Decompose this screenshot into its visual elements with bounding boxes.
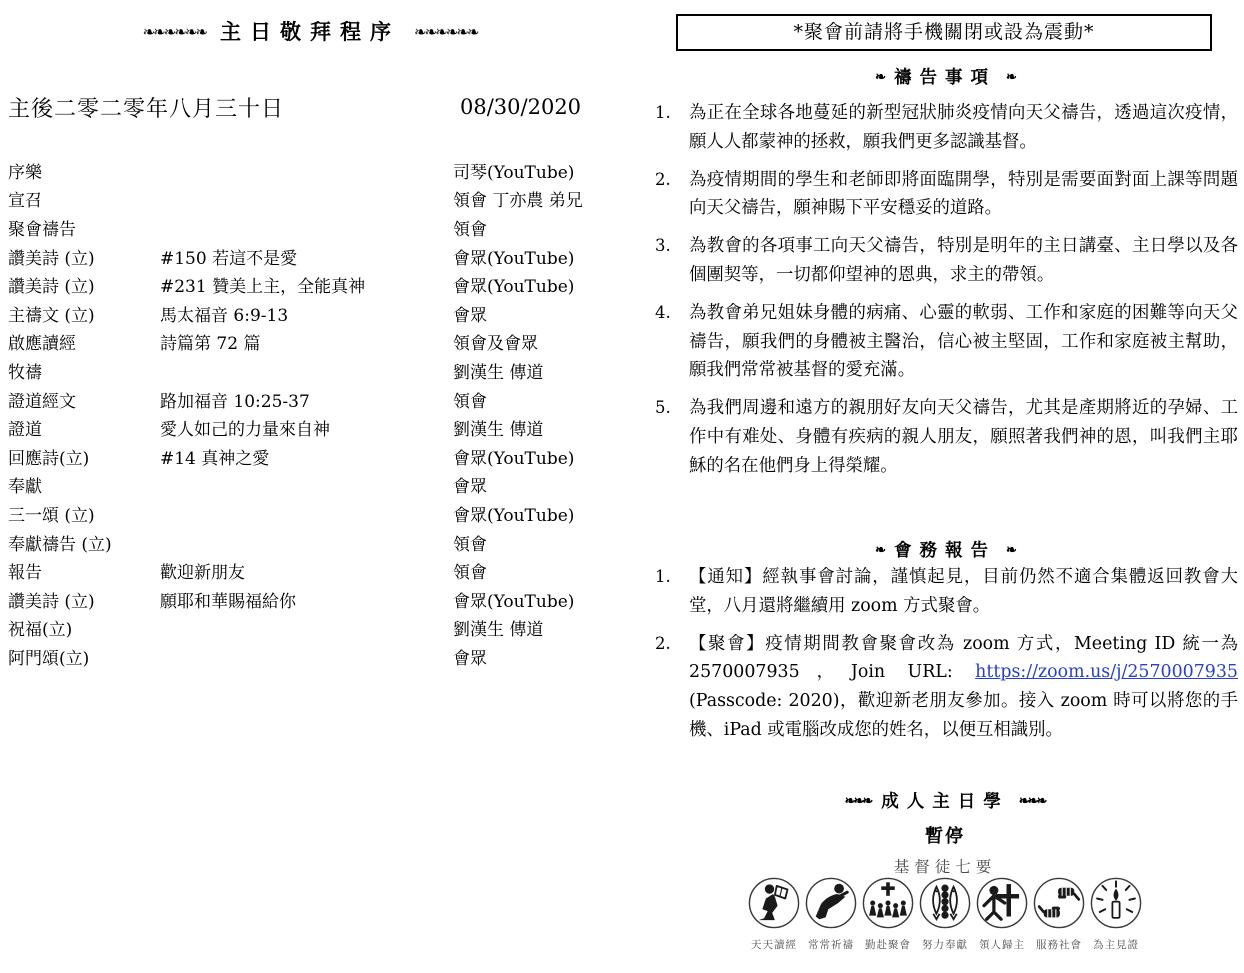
reading-bible-icon xyxy=(747,876,801,934)
program-item: 聚會禱告 xyxy=(8,215,160,240)
program-who: 司琴(YouTube) xyxy=(453,158,612,183)
prayer-item-text: 為教會弟兄姐妹身體的病痛、心靈的軟弱、工作和家庭的困難等向天父禱告，願我們的身體… xyxy=(689,299,1238,385)
prayer-item-number: 3. xyxy=(652,232,689,290)
program-who: 會眾(YouTube) xyxy=(453,587,612,612)
seven-essentials-title: 基督徒七要 xyxy=(652,855,1238,877)
report-item-text: 【聚會】疫情期間教會聚會改為 zoom 方式，Meeting ID 統一為 25… xyxy=(689,630,1238,745)
phone-notice-text: *聚會前請將手機關閉或設為震動* xyxy=(793,21,1094,43)
seven-item-label: 領人歸主 xyxy=(979,937,1025,952)
program-detail: 馬太福音 6:9-13 xyxy=(160,301,453,326)
bulletin-page: { "colors": { "link": "#2841c8", "text":… xyxy=(0,0,1244,973)
report-item-number: 2. xyxy=(652,630,689,745)
program-item: 讚美詩 (立) xyxy=(8,587,160,612)
report-item-text: 【通知】經執事會討論，謹慎起見，目前仍然不適合集體返回教會大堂，八月還將繼續用 … xyxy=(689,563,1238,621)
seven-item-label: 服務社會 xyxy=(1036,937,1082,952)
program-who: 會眾 xyxy=(453,644,612,669)
program-who: 劉漢生 傳道 xyxy=(453,615,612,640)
prayer-item-text: 為正在全球各地蔓延的新型冠狀肺炎疫情向天父禱告，透過這次疫情，願人人都蒙神的拯救… xyxy=(689,99,1238,157)
program-detail: 愛人如己的力量來自神 xyxy=(160,415,453,440)
program-item: 阿門頌(立) xyxy=(8,644,160,669)
prayer-item-text: 為教會的各項事工向天父禱告，特別是明年的主日講臺、主日學以及各個團契等，一切都仰… xyxy=(689,232,1238,290)
serving-hands-icon xyxy=(1032,876,1086,934)
seven-item: 天天讀經 xyxy=(746,876,802,952)
program-item: 主禱文 (立) xyxy=(8,301,160,326)
program-row: 阿門頌(立) 會眾 xyxy=(8,642,612,671)
lead-to-christ-icon xyxy=(975,876,1029,934)
program-who: 劉漢生 傳道 xyxy=(453,358,612,383)
program-row: 序樂 司琴(YouTube) xyxy=(8,156,612,185)
seven-item-label: 努力奉獻 xyxy=(922,937,968,952)
program-who: 領會 丁亦農 弟兄 xyxy=(453,186,612,211)
program-who: 會眾(YouTube) xyxy=(453,244,612,269)
seven-item-label: 為主見證 xyxy=(1093,937,1139,952)
program-row: 奉獻禱告 (立) 領會 xyxy=(8,528,612,557)
candle-witness-icon xyxy=(1089,876,1143,934)
program-row: 聚會禱告 領會 xyxy=(8,213,612,242)
program-item: 宣召 xyxy=(8,186,160,211)
program-item: 證道經文 xyxy=(8,387,160,412)
praying-icon xyxy=(804,876,858,934)
prayer-section-header: ❧禱告事項❧ xyxy=(652,64,1238,89)
report-item-number: 1. xyxy=(652,563,689,621)
ornament-icon: ❧ xyxy=(1006,70,1015,85)
program-row: 讚美詩 (立) #231 贊美上主，全能真神 會眾(YouTube) xyxy=(8,270,612,299)
prayer-item: 1. 為正在全球各地蔓延的新型冠狀肺炎疫情向天父禱告，透過這次疫情，願人人都蒙神… xyxy=(652,99,1238,157)
program-row: 報告 歡迎新朋友 領會 xyxy=(8,556,612,585)
ornament-left: ❧❧❧❧❧❧ xyxy=(143,23,206,41)
program-row: 證道經文 路加福音 10:25-37 領會 xyxy=(8,385,612,414)
seven-item: 為主見證 xyxy=(1088,876,1144,952)
program-detail: 願耶和華賜福給你 xyxy=(160,587,453,612)
report-section-title: 會務報告 xyxy=(894,541,996,561)
sunday-school-header: ❧❧❧成人主日學❧❧❧ xyxy=(652,788,1238,813)
seven-item-label: 勤赴聚會 xyxy=(865,937,911,952)
ornament-right: ❧❧❧❧❧❧ xyxy=(414,23,477,41)
program-row: 讚美詩 (立) 願耶和華賜福給你 會眾(YouTube) xyxy=(8,585,612,614)
program-row: 奉獻 會眾 xyxy=(8,471,612,500)
seven-item: 努力奉獻 xyxy=(917,876,973,952)
prayer-item-number: 2. xyxy=(652,166,689,224)
report-item: 1. 【通知】經執事會討論，謹慎起見，目前仍然不適合集體返回教會大堂，八月還將繼… xyxy=(652,563,1238,621)
program-row: 讚美詩 (立) #150 若這不是愛 會眾(YouTube) xyxy=(8,242,612,271)
program-item: 序樂 xyxy=(8,158,160,183)
seven-item-label: 天天讀經 xyxy=(751,937,797,952)
program-item: 讚美詩 (立) xyxy=(8,244,160,269)
program-who: 會眾 xyxy=(453,472,612,497)
prayer-item-text: 為我們周邊和遠方的親朋好友向天父禱告，尤其是產期將近的孕婦、工作中有难处、身體有… xyxy=(689,394,1238,480)
seven-item: 服務社會 xyxy=(1031,876,1087,952)
ornament-icon: ❧❧❧ xyxy=(845,794,872,809)
date-english: 08/30/2020 xyxy=(460,95,581,119)
program-row: 主禱文 (立) 馬太福音 6:9-13 會眾 xyxy=(8,299,612,328)
ornament-icon: ❧ xyxy=(1006,543,1015,558)
program-item: 啟應讀經 xyxy=(8,329,160,354)
program-item: 報告 xyxy=(8,558,160,583)
program-row: 祝福(立) 劉漢生 傳道 xyxy=(8,614,612,643)
prayer-item: 2. 為疫情期間的學生和老師即將面臨開學，特別是需要面對面上課等問題向天父禱告，… xyxy=(652,166,1238,224)
program-row: 回應詩(立) #14 真神之愛 會眾(YouTube) xyxy=(8,442,612,471)
program-item: 奉獻禱告 (立) xyxy=(8,530,160,555)
program-item: 回應詩(立) xyxy=(8,444,160,469)
prayer-item-number: 4. xyxy=(652,299,689,385)
program-item: 牧禱 xyxy=(8,358,160,383)
offering-icon xyxy=(918,876,972,934)
prayer-list: 1. 為正在全球各地蔓延的新型冠狀肺炎疫情向天父禱告，透過這次疫情，願人人都蒙神… xyxy=(652,99,1238,490)
seven-item-label: 常常祈禱 xyxy=(808,937,854,952)
program-row: 啟應讀經 詩篇第 72 篇 領會及會眾 xyxy=(8,328,612,357)
worship-title-row: ❧❧❧❧❧❧主日敬拜程序❧❧❧❧❧❧ xyxy=(8,16,612,46)
prayer-item-number: 5. xyxy=(652,394,689,480)
zoom-meeting-link[interactable]: https://zoom.us/j/2570007935 xyxy=(975,662,1238,682)
report-item-text-post: (Passcode: 2020)，歡迎新老朋友參加。接入 zoom 時可以將您的… xyxy=(689,691,1238,740)
program-row: 證道 愛人如己的力量來自神 劉漢生 傳道 xyxy=(8,413,612,442)
page-title: 主日敬拜程序 xyxy=(220,19,400,44)
program-who: 劉漢生 傳道 xyxy=(453,415,612,440)
church-gathering-icon xyxy=(861,876,915,934)
program-row: 三一頌 (立) 會眾(YouTube) xyxy=(8,499,612,528)
date-chinese: 主後二零二零年八月三十日 xyxy=(8,92,284,123)
program-who: 領會及會眾 xyxy=(453,329,612,354)
program-who: 領會 xyxy=(453,387,612,412)
program-who: 領會 xyxy=(453,530,612,555)
program-row: 牧禱 劉漢生 傳道 xyxy=(8,356,612,385)
prayer-section-title: 禱告事項 xyxy=(894,68,996,88)
ornament-icon: ❧❧❧ xyxy=(1019,794,1046,809)
phone-notice-box: *聚會前請將手機關閉或設為震動* xyxy=(676,14,1212,51)
ornament-icon: ❧ xyxy=(875,543,884,558)
program-who: 領會 xyxy=(453,558,612,583)
report-item: 2. 【聚會】疫情期間教會聚會改為 zoom 方式，Meeting ID 統一為… xyxy=(652,630,1238,745)
program-who: 會眾 xyxy=(453,301,612,326)
program-who: 領會 xyxy=(453,215,612,240)
program-detail: 歡迎新朋友 xyxy=(160,558,453,583)
program-detail: #14 真神之愛 xyxy=(160,444,453,469)
prayer-item: 5. 為我們周邊和遠方的親朋好友向天父禱告，尤其是產期將近的孕婦、工作中有难处、… xyxy=(652,394,1238,480)
program-item: 祝福(立) xyxy=(8,615,160,640)
prayer-item-text: 為疫情期間的學生和老師即將面臨開學，特別是需要面對面上課等問題向天父禱告，願神賜… xyxy=(689,166,1238,224)
program-detail: #231 贊美上主，全能真神 xyxy=(160,272,453,297)
prayer-item-number: 1. xyxy=(652,99,689,157)
seven-essentials-row: 天天讀經 常常祈禱 勤赴聚會 努力奉獻 領人歸主 服務社會 為主見證 xyxy=(652,876,1238,952)
program-who: 會眾(YouTube) xyxy=(453,272,612,297)
program-who: 會眾(YouTube) xyxy=(453,444,612,469)
program-item: 奉獻 xyxy=(8,472,160,497)
report-section-header: ❧會務報告❧ xyxy=(652,537,1238,562)
seven-item: 常常祈禱 xyxy=(803,876,859,952)
seven-item: 領人歸主 xyxy=(974,876,1030,952)
program-row: 宣召 領會 丁亦農 弟兄 xyxy=(8,185,612,214)
report-list: 1. 【通知】經執事會討論，謹慎起見，目前仍然不適合集體返回教會大堂，八月還將繼… xyxy=(652,563,1238,754)
worship-program-table: 序樂 司琴(YouTube) 宣召 領會 丁亦農 弟兄 聚會禱告 領會 讚美詩 … xyxy=(8,156,612,671)
program-who: 會眾(YouTube) xyxy=(453,501,612,526)
prayer-item: 4. 為教會弟兄姐妹身體的病痛、心靈的軟弱、工作和家庭的困難等向天父禱告，願我們… xyxy=(652,299,1238,385)
program-detail: 路加福音 10:25-37 xyxy=(160,387,453,412)
ornament-icon: ❧ xyxy=(875,70,884,85)
program-item: 證道 xyxy=(8,415,160,440)
program-item: 讚美詩 (立) xyxy=(8,272,160,297)
seven-item: 勤赴聚會 xyxy=(860,876,916,952)
sunday-school-title: 成人主日學 xyxy=(881,792,1009,812)
sunday-school-status: 暫停 xyxy=(652,822,1238,848)
program-detail: 詩篇第 72 篇 xyxy=(160,329,453,354)
program-item: 三一頌 (立) xyxy=(8,501,160,526)
program-detail: #150 若這不是愛 xyxy=(160,244,453,269)
prayer-item: 3. 為教會的各項事工向天父禱告，特別是明年的主日講臺、主日學以及各個團契等，一… xyxy=(652,232,1238,290)
